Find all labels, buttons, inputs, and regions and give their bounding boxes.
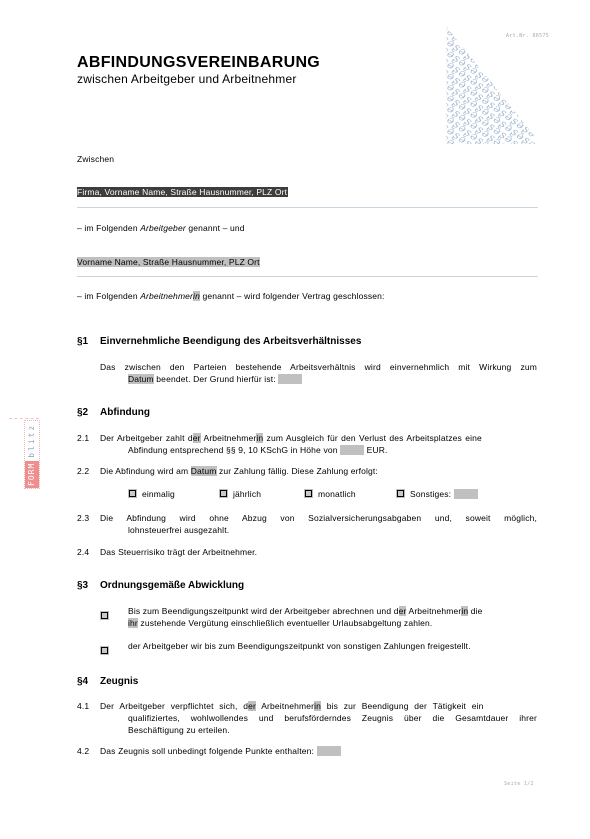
employee-role: Arbeitnehmer bbox=[140, 291, 193, 301]
payment-date-field[interactable]: Datum bbox=[191, 466, 217, 476]
section-3-option-1-line1: Bis zum Beendigungszeitpunkt wird der Ar… bbox=[128, 606, 538, 616]
clause-2-1-number: 2.1 bbox=[77, 433, 89, 443]
clause-4-2-number: 4.2 bbox=[77, 746, 89, 756]
section-2-title: Abfindung bbox=[100, 407, 150, 418]
clause-2-2-number: 2.2 bbox=[77, 466, 89, 476]
employer-role: Arbeitgeber bbox=[140, 223, 186, 233]
section-3-option-1-checkbox[interactable] bbox=[100, 606, 114, 624]
section-1-number: §1 bbox=[77, 336, 88, 347]
end-date-field[interactable]: Datum bbox=[128, 374, 154, 384]
section-1-title: Einvernehmliche Beendigung des Arbeitsve… bbox=[100, 336, 361, 347]
clause-4-1-line1: Der Arbeitgeber verpflichtet sich, der A… bbox=[100, 701, 537, 711]
section-4-number: §4 bbox=[77, 676, 88, 687]
page-number: Seite 1/2 bbox=[504, 781, 534, 787]
pronoun-field[interactable]: ihr bbox=[128, 618, 138, 628]
employer-designation: – im Folgenden Arbeitgeber genannt – und bbox=[77, 223, 245, 233]
checkbox-icon[interactable] bbox=[128, 489, 137, 498]
checkbox-icon[interactable] bbox=[100, 646, 109, 655]
article-suffix-field[interactable]: er bbox=[248, 701, 256, 711]
clause-2-2-text: Die Abfindung wird am Datum zur Zahlung … bbox=[100, 466, 378, 476]
checkbox-icon[interactable] bbox=[100, 611, 109, 620]
employee-gender-suffix[interactable]: in bbox=[193, 291, 200, 301]
decorative-pattern: ʂəʂəʂəʂəʂəʂəʂəʂəʂəʂəʂəʂəʂəʂəʂəʂəʂəʂəʂəʂə… bbox=[446, 26, 541, 144]
other-field[interactable] bbox=[454, 489, 478, 499]
employee-designation: – im Folgenden Arbeitnehmerin genannt – … bbox=[77, 291, 385, 301]
brand-logo: FORM blitz bbox=[24, 422, 40, 489]
option-monatlich[interactable]: monatlich bbox=[304, 489, 356, 499]
section-3-title: Ordnungsgemäße Abwicklung bbox=[100, 580, 244, 591]
clause-2-1-line1: Der Arbeitgeber zahlt der Arbeitnehmerin… bbox=[100, 433, 537, 443]
section-2-number: §2 bbox=[77, 407, 88, 418]
document-subtitle: zwischen Arbeitgeber und Arbeitnehmer bbox=[77, 72, 297, 86]
pattern-glyphs: ʂəʂəʂəʂəʂəʂəʂəʂəʂəʂəʂəʂəʂəʂəʂəʂəʂəʂəʂəʂə… bbox=[446, 26, 541, 144]
option-sonstiges[interactable]: Sonstiges: bbox=[396, 489, 478, 499]
clause-2-4-number: 2.4 bbox=[77, 547, 89, 557]
employee-field[interactable]: Vorname Name, Straße Hausnummer, PLZ Ort bbox=[77, 257, 260, 267]
clause-2-1-line2: Abfindung entsprechend §§ 9, 10 KSchG in… bbox=[128, 445, 388, 455]
clause-2-4-text: Das Steuerrisiko trägt der Arbeitnehmer. bbox=[100, 547, 257, 557]
option-jaehrlich[interactable]: jährlich bbox=[219, 489, 261, 499]
document-title: ABFINDUNGSVEREINBARUNG bbox=[77, 54, 320, 72]
clause-2-3-line1: Die Abfindung wird ohne Abzug von Sozial… bbox=[100, 513, 537, 523]
reason-field[interactable] bbox=[278, 374, 302, 384]
clause-4-1-number: 4.1 bbox=[77, 701, 89, 711]
checkbox-icon[interactable] bbox=[304, 489, 313, 498]
section-3-option-2-checkbox[interactable] bbox=[100, 641, 114, 659]
clause-2-3-line2: lohnsteuerfrei ausgezahlt. bbox=[128, 525, 229, 535]
employer-field[interactable]: Firma, Vorname Name, Straße Hausnummer, … bbox=[77, 187, 288, 197]
section-4-title: Zeugnis bbox=[100, 676, 138, 687]
option-einmalig[interactable]: einmalig bbox=[128, 489, 175, 499]
zwischen-label: Zwischen bbox=[77, 154, 114, 164]
checkbox-icon[interactable] bbox=[219, 489, 228, 498]
section-1-text-line2: Datum beendet. Der Grund hierfür ist: bbox=[128, 374, 302, 384]
section-3-number: §3 bbox=[77, 580, 88, 591]
amount-field[interactable] bbox=[340, 445, 364, 455]
employee-rule bbox=[77, 276, 538, 277]
clause-4-2-text: Das Zeugnis soll unbedingt folgende Punk… bbox=[100, 746, 341, 756]
clause-4-1-line3: Beschäftigung zu erteilen. bbox=[128, 725, 230, 735]
brand-blitz: blitz bbox=[25, 421, 39, 461]
employer-rule bbox=[77, 207, 538, 208]
clause-4-1-line2: qualifiziertes, wohlwollendes und berufs… bbox=[128, 713, 537, 723]
section-3-option-2-text: der Arbeitgeber wir bis zum Beendigungsz… bbox=[128, 641, 471, 651]
checkbox-icon[interactable] bbox=[396, 489, 405, 498]
brand-form: FORM bbox=[25, 461, 39, 488]
certificate-points-field[interactable] bbox=[317, 746, 341, 756]
section-3-option-1-line2: ihr zustehende Vergütung einschließlich … bbox=[128, 618, 432, 628]
gender-suffix-field[interactable]: in bbox=[314, 701, 321, 711]
article-suffix-field[interactable]: er bbox=[193, 433, 201, 443]
clause-2-3-number: 2.3 bbox=[77, 513, 89, 523]
section-1-text-line1: Das zwischen den Parteien bestehende Arb… bbox=[100, 362, 537, 372]
